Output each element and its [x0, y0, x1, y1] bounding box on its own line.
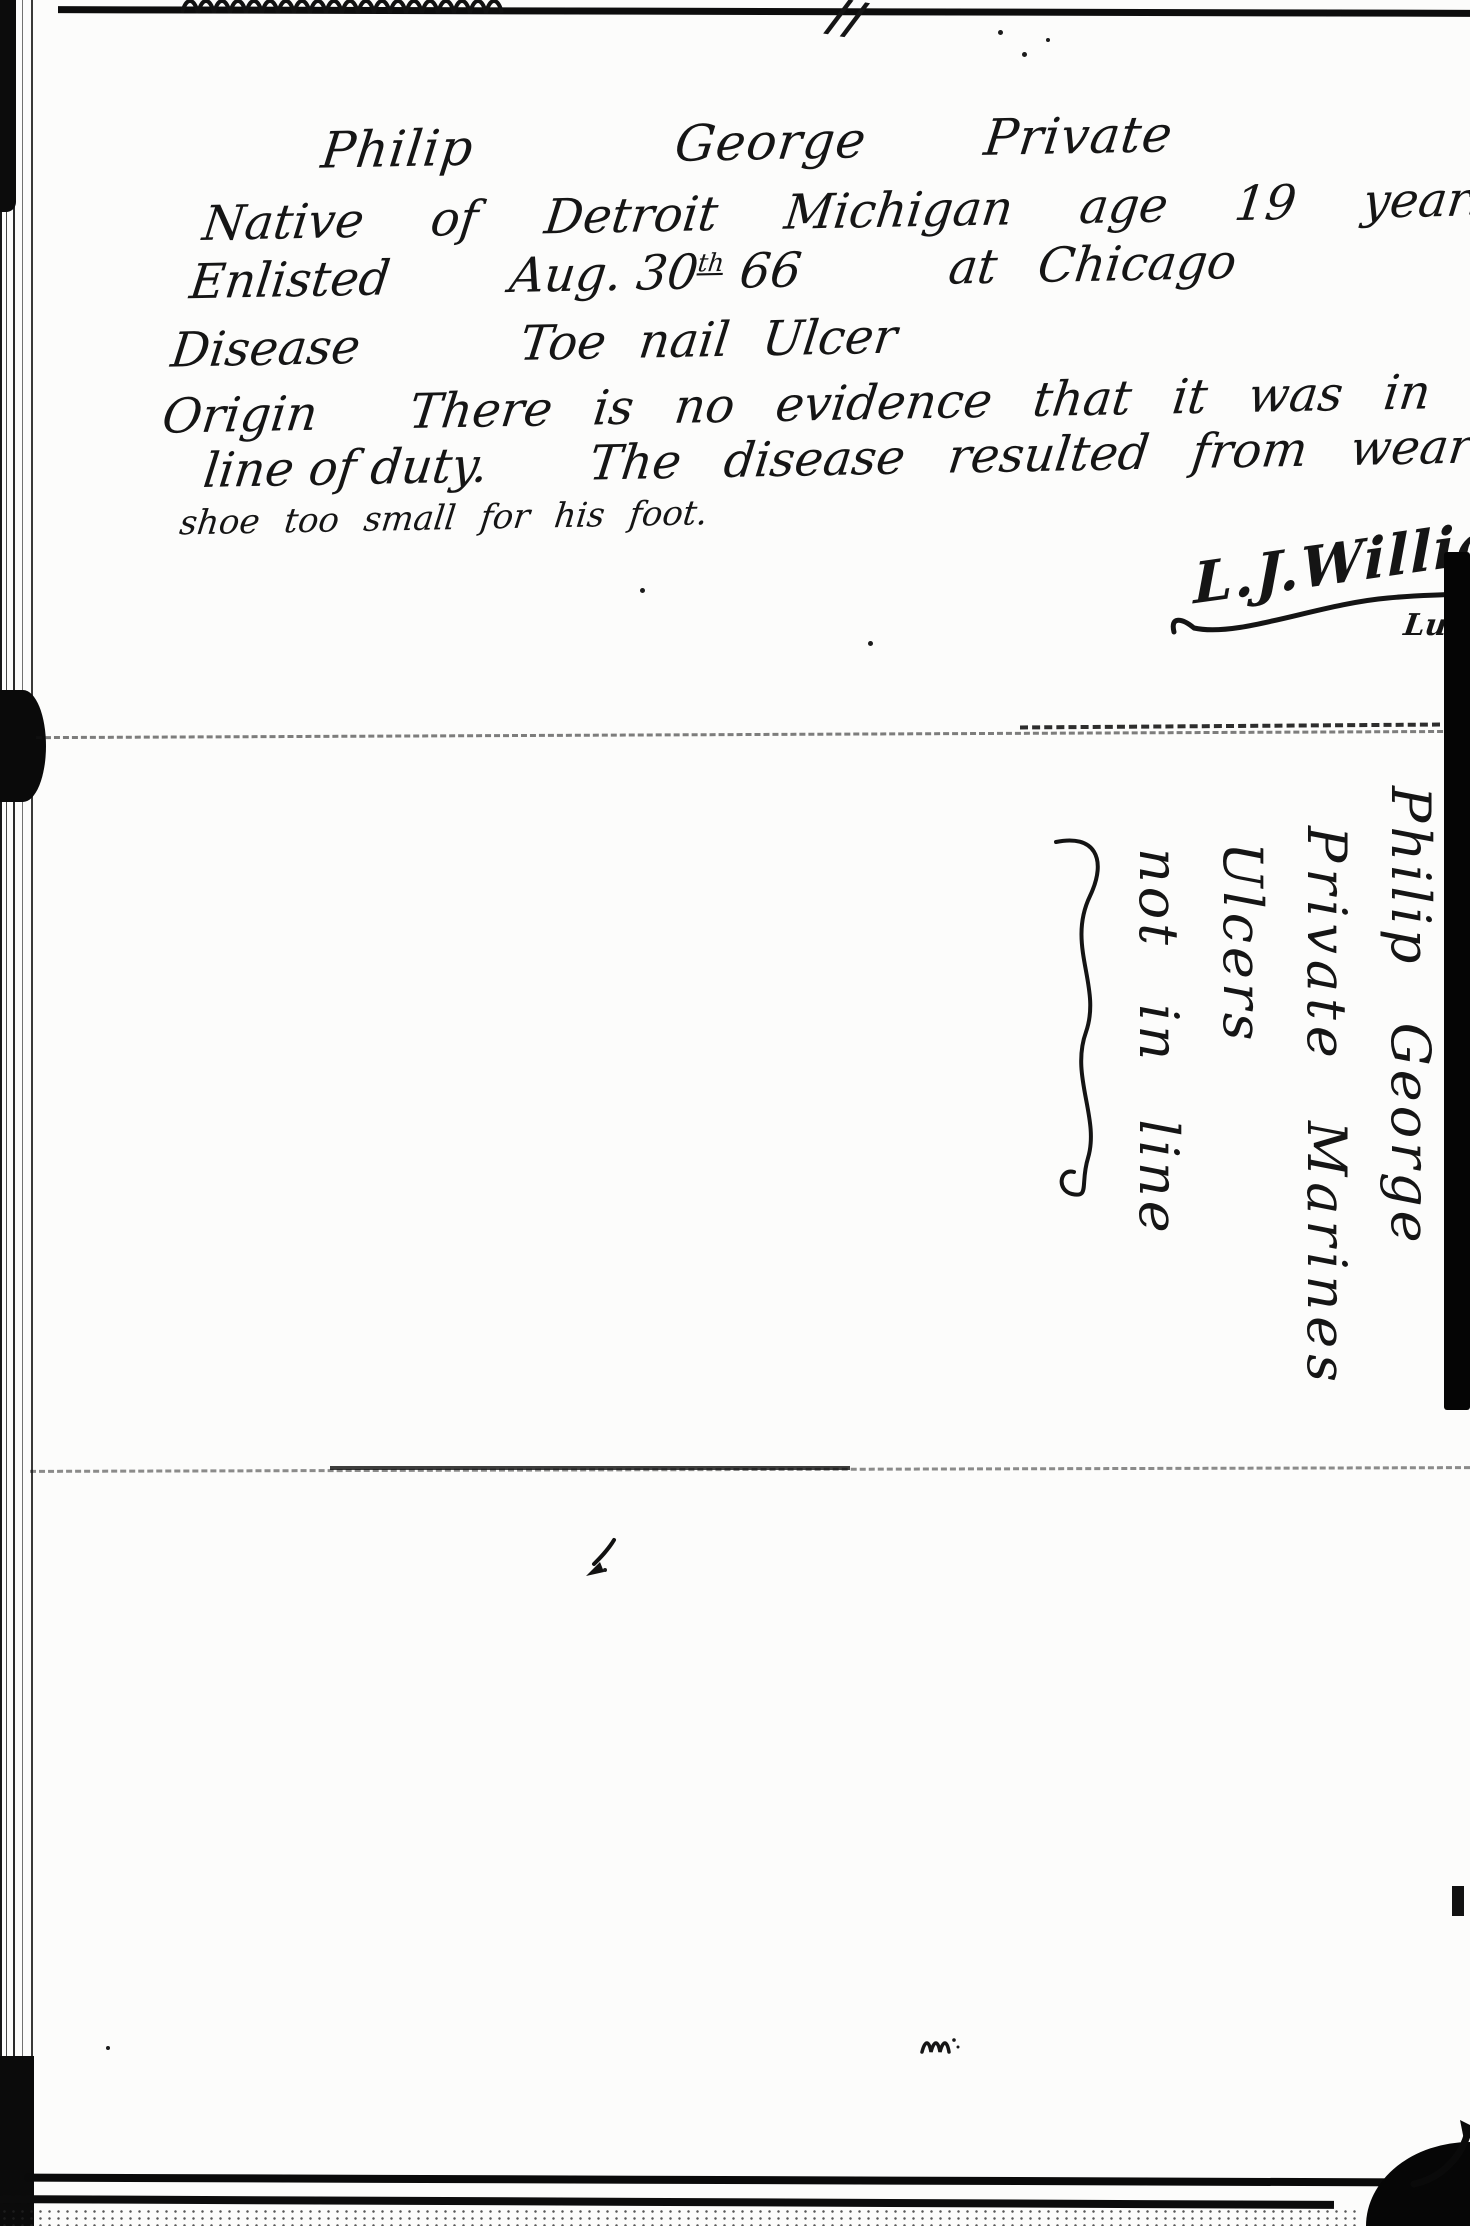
enlisted-place: at Chicago [946, 238, 1239, 292]
ink-speck [603, 1568, 607, 1572]
patient-name: Philip George [319, 115, 870, 176]
origin-label: Origin [160, 390, 320, 441]
page-bottom-edge-line-2 [0, 2195, 1334, 2209]
signature-note-text: Lu [1402, 608, 1450, 643]
ink-smudge [918, 2032, 962, 2058]
section-divider-2-dark-segment [330, 1466, 850, 1470]
page-bottom-edge-line-1 [24, 2174, 1406, 2187]
disease-line: DiseaseToe nail Ulcer [171, 313, 897, 375]
side-annotation-line: Ulcers [1200, 786, 1284, 1426]
native-text: Native of Detroit Michigan age 19 years [200, 175, 1470, 248]
enlisted-ordinal: th [696, 251, 725, 277]
side-annotation: Philip George Private Marines Ulcers not… [1048, 786, 1452, 1426]
ink-speck [106, 2046, 110, 2050]
enlisted-date: Aug. 30 [507, 248, 701, 300]
ink-speck [1046, 38, 1050, 42]
scan-artifact-right-band [1444, 552, 1470, 1410]
scanned-document-page: // Philip GeorgePrivate Native of Detroi… [0, 0, 1470, 2226]
disease-value: Toe nail Ulcer [517, 313, 899, 368]
origin-text-3: shoe too small for his foot. [178, 496, 710, 540]
side-annotation-line: Philip George [1368, 786, 1452, 1426]
ink-speck [326, 160, 330, 164]
side-annotation-line: not in line [1116, 786, 1200, 1426]
enlisted-year: 66 [737, 246, 804, 295]
origin-line-3: shoe too small for his foot. [179, 496, 707, 540]
side-annotation-line: Private Marines [1284, 786, 1368, 1426]
scan-noise-band [0, 2208, 1360, 2226]
ink-speck [998, 30, 1003, 35]
ink-speck [1022, 52, 1027, 57]
enlisted-label: Enlisted [187, 254, 393, 306]
title-line: Philip GeorgePrivate [321, 109, 1173, 175]
ink-speck [868, 641, 873, 646]
binding-ink-blot-middle [0, 690, 46, 802]
scan-artifact-right-tick [1452, 1886, 1464, 1916]
section-divider-1-dark-segment [1020, 723, 1440, 730]
ink-speck [640, 588, 645, 593]
corner-hook-mark [1406, 2118, 1470, 2190]
flourish-bracket [1048, 836, 1112, 1216]
ink-mark-arrow [582, 1536, 622, 1582]
native-line: Native of Detroit Michigan age 19 years [203, 175, 1470, 248]
record-entry: Philip GeorgePrivate Native of Detroit M… [0, 0, 1470, 604]
disease-label: Disease [169, 323, 363, 375]
signature-note: Lu [1404, 608, 1447, 643]
section-divider-1 [36, 730, 1470, 739]
patient-rank: Private [981, 109, 1175, 163]
origin-text-2a: line of duty. [201, 441, 491, 495]
